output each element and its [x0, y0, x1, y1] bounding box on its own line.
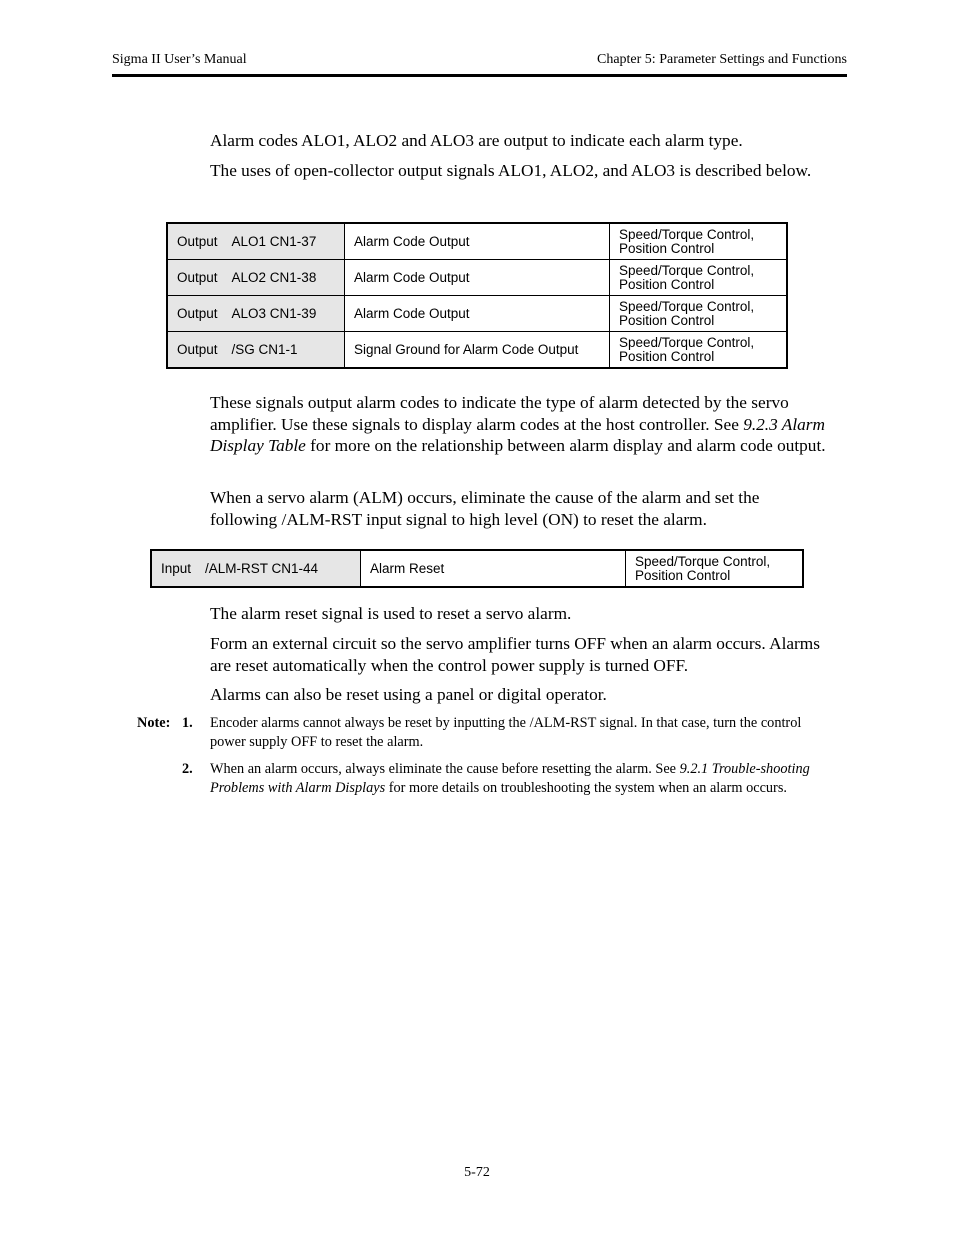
page-header: Sigma II User’s Manual Chapter 5: Parame…: [112, 52, 847, 74]
signal-cell: OutputALO2 CN1-38: [167, 260, 345, 296]
note-number: 2.: [182, 760, 193, 779]
paragraph-signal-description: These signals output alarm codes to indi…: [210, 392, 842, 457]
paragraph-external-circuit: Form an external circuit so the servo am…: [210, 633, 822, 676]
signal-name-cell: Alarm Code Output: [345, 223, 610, 260]
signal-name-cell: Alarm Reset: [361, 550, 626, 587]
control-mode-cell: Speed/Torque Control,Position Control: [610, 260, 788, 296]
paragraph-reset-signal: The alarm reset signal is used to reset …: [210, 603, 840, 625]
paragraph-open-collector: The uses of open-collector output signal…: [210, 160, 820, 182]
page-number: 5-72: [0, 1165, 954, 1181]
signal-cell: OutputALO3 CN1-39: [167, 296, 345, 332]
control-mode-cell: Speed/Torque Control,Position Control: [610, 223, 788, 260]
paragraph-alarm-codes: Alarm codes ALO1, ALO2 and ALO3 are outp…: [210, 130, 840, 152]
signal-cell: OutputALO1 CN1-37: [167, 223, 345, 260]
table-row: Input/ALM-RST CN1-44 Alarm Reset Speed/T…: [151, 550, 803, 587]
paragraph-servo-alarm-reset: When a servo alarm (ALM) occurs, elimina…: [210, 487, 820, 530]
table-row: OutputALO3 CN1-39 Alarm Code Output Spee…: [167, 296, 787, 332]
notes-section: Note: 1. Encoder alarms cannot always be…: [0, 714, 954, 824]
control-mode-cell: Speed/Torque Control,Position Control: [610, 296, 788, 332]
paragraph-panel-reset: Alarms can also be reset using a panel o…: [210, 684, 840, 706]
control-mode-cell: Speed/Torque Control,Position Control: [626, 550, 804, 587]
control-mode-cell: Speed/Torque Control,Position Control: [610, 332, 788, 369]
signal-name-cell: Signal Ground for Alarm Code Output: [345, 332, 610, 369]
note-text: Encoder alarms cannot always be reset by…: [210, 714, 815, 751]
table-row: Output/SG CN1-1 Signal Ground for Alarm …: [167, 332, 787, 369]
header-rule: [112, 74, 847, 77]
note-label: Note:: [137, 714, 170, 733]
note-text: When an alarm occurs, always eliminate t…: [210, 760, 815, 797]
manual-title: Sigma II User’s Manual: [112, 52, 247, 68]
table-row: OutputALO2 CN1-38 Alarm Code Output Spee…: [167, 260, 787, 296]
chapter-title: Chapter 5: Parameter Settings and Functi…: [597, 52, 847, 68]
signal-name-cell: Alarm Code Output: [345, 260, 610, 296]
table-row: OutputALO1 CN1-37 Alarm Code Output Spee…: [167, 223, 787, 260]
signal-cell: Output/SG CN1-1: [167, 332, 345, 369]
note-number: 1.: [182, 714, 193, 733]
signal-cell: Input/ALM-RST CN1-44: [151, 550, 361, 587]
alarm-code-output-table: OutputALO1 CN1-37 Alarm Code Output Spee…: [166, 222, 788, 369]
signal-name-cell: Alarm Code Output: [345, 296, 610, 332]
alarm-reset-input-table: Input/ALM-RST CN1-44 Alarm Reset Speed/T…: [150, 549, 804, 588]
